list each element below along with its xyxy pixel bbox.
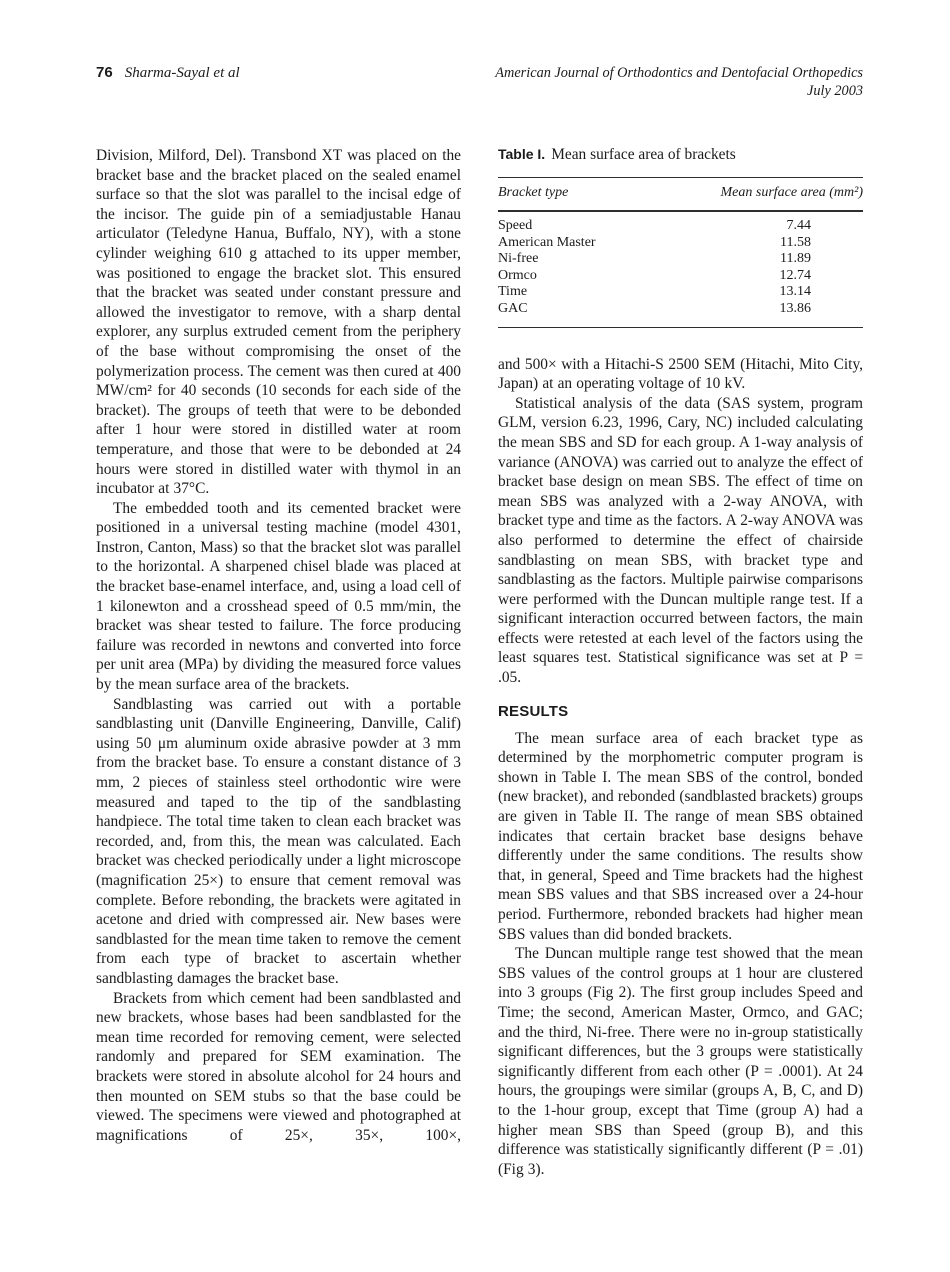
page-header: 76Sharma-Sayal et al American Journal of… <box>96 64 863 100</box>
table-row: Speed 7.44 <box>498 218 863 235</box>
bracket-value: 13.14 <box>780 284 864 301</box>
bracket-name: GAC <box>498 301 528 318</box>
table-row: Ni-free 11.89 <box>498 251 863 268</box>
bracket-name: Speed <box>498 218 532 235</box>
journal-page: 76Sharma-Sayal et al American Journal of… <box>0 0 950 1272</box>
bracket-value: 11.89 <box>780 251 863 268</box>
running-author: Sharma-Sayal et al <box>125 65 240 81</box>
bracket-name: Ni-free <box>498 251 538 268</box>
bracket-value: 12.74 <box>780 268 864 285</box>
column-header-mean-surface-area: Mean surface area (mm²) <box>721 185 863 201</box>
journal-date: July 2003 <box>495 82 863 100</box>
bracket-name: Ormco <box>498 268 537 285</box>
table-row: Ormco 12.74 <box>498 268 863 285</box>
page-number: 76 <box>96 64 113 81</box>
paragraph: Brackets from which cement had been sand… <box>96 989 461 1146</box>
bracket-name: American Master <box>498 235 596 252</box>
results-heading: RESULTS <box>498 703 863 720</box>
bracket-value: 11.58 <box>780 235 863 252</box>
table-header-row: Bracket type Mean surface area (mm²) <box>498 178 863 210</box>
paragraph: Statistical analysis of the data (SAS sy… <box>498 394 863 688</box>
two-column-body: Division, Milford, Del). Transbond XT wa… <box>96 146 863 1179</box>
paragraph: The mean surface area of each bracket ty… <box>498 729 863 945</box>
table-label: Table I. <box>498 146 545 162</box>
table-row: GAC 13.86 <box>498 301 863 318</box>
running-head-left: 76Sharma-Sayal et al <box>96 64 240 82</box>
bracket-value: 13.86 <box>780 301 864 318</box>
bracket-name: Time <box>498 284 527 301</box>
paragraph: and 500× with a Hitachi-S 2500 SEM (Hita… <box>498 355 863 394</box>
table-row: American Master 11.58 <box>498 235 863 252</box>
table-1: Table I.Mean surface area of brackets Br… <box>498 146 863 328</box>
table-title: Mean surface area of brackets <box>551 146 736 163</box>
paragraph: The Duncan multiple range test showed th… <box>498 944 863 1179</box>
paragraph: Sandblasting was carried out with a port… <box>96 695 461 989</box>
table-rule-bottom <box>498 327 863 328</box>
column-header-bracket-type: Bracket type <box>498 185 568 201</box>
table-row: Time 13.14 <box>498 284 863 301</box>
right-column: Table I.Mean surface area of brackets Br… <box>498 146 863 1179</box>
running-head-right: American Journal of Orthodontics and Den… <box>495 64 863 100</box>
paragraph: Division, Milford, Del). Transbond XT wa… <box>96 146 461 499</box>
left-column: Division, Milford, Del). Transbond XT wa… <box>96 146 461 1179</box>
journal-title: American Journal of Orthodontics and Den… <box>495 64 863 82</box>
bracket-value: 7.44 <box>787 218 864 235</box>
paragraph: The embedded tooth and its cemented brac… <box>96 499 461 695</box>
table-caption: Table I.Mean surface area of brackets <box>498 146 863 164</box>
table-body: Speed 7.44 American Master 11.58 Ni-free… <box>498 212 863 327</box>
